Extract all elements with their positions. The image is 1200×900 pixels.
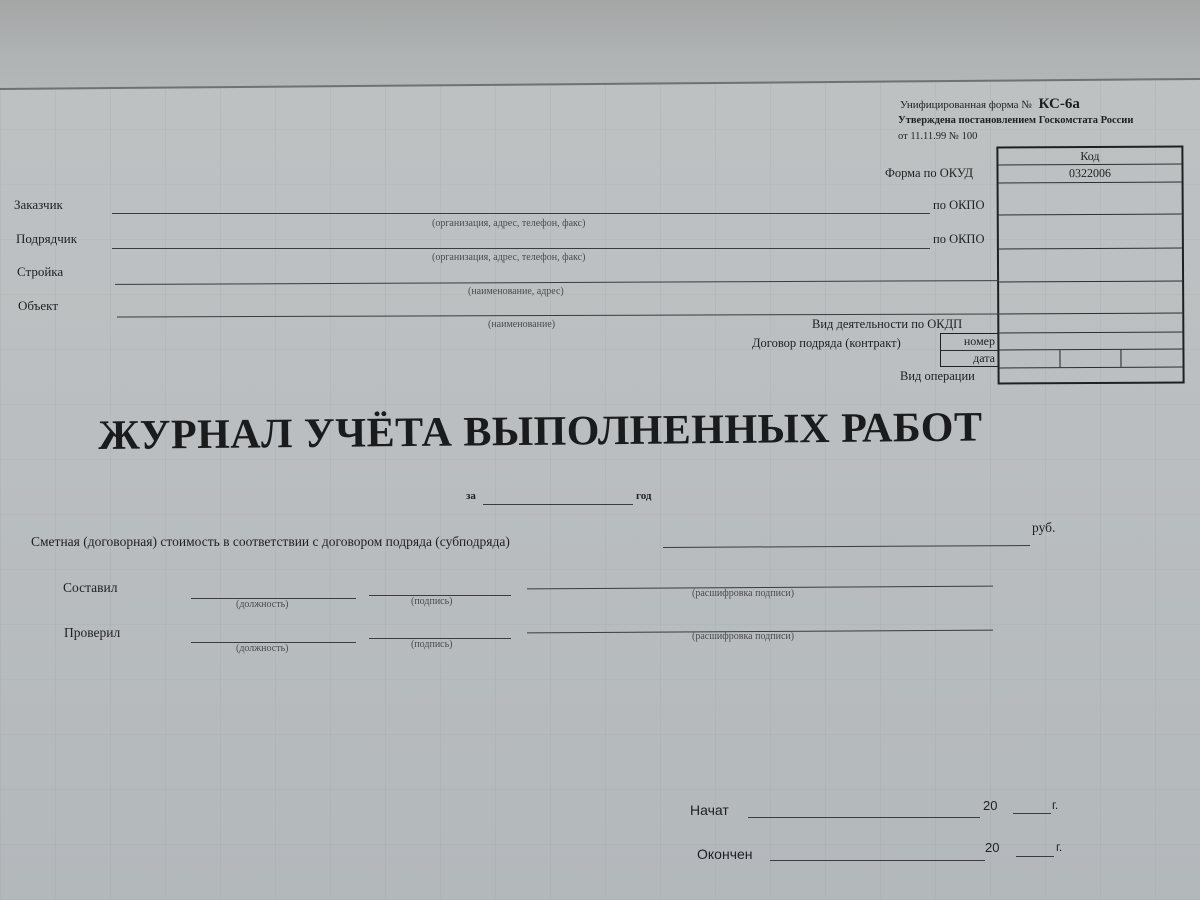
okpo-customer-cell[interactable] [999,183,1182,216]
checked-decoding-hint: (расшифровка подписи) [692,631,794,642]
date-divider [1059,350,1060,367]
year-suffix: год [636,490,651,502]
code-header: Код [998,148,1181,166]
contract-number-label: номер [964,334,995,349]
site-label: Стройка [17,264,63,280]
site-code-cell[interactable] [999,249,1182,283]
compiled-by-label: Составил [63,580,117,596]
unified-form-label: Унифицированная форма № [900,99,1032,111]
contractor-hint: (организация, адрес, телефон, факс) [432,252,585,263]
checked-position-hint: (должность) [236,643,289,654]
cost-label: Сметная (договорная) стоимость в соответ… [31,534,510,550]
checked-signature-hint: (подпись) [411,639,453,650]
object-label: Объект [18,298,58,314]
finished-date-field[interactable] [770,860,985,861]
back-sheet [0,0,1200,90]
started-century: 20 [983,798,997,813]
started-year-suffix: г. [1052,798,1058,812]
contract-date-cells[interactable] [999,350,1182,369]
started-label: Начат [690,802,729,818]
code-table: Код 0322006 [996,146,1184,385]
unified-form-line: Унифицированная форма № КС-6а [900,96,1080,113]
contractor-field[interactable] [112,248,930,249]
finished-year-suffix: г. [1056,840,1062,854]
cost-currency: руб. [1032,520,1055,536]
finished-year-field[interactable] [1016,856,1054,857]
finished-label: Окончен [697,846,753,862]
compiled-signature-hint: (подпись) [411,596,453,607]
year-field[interactable] [483,504,633,505]
customer-hint: (организация, адрес, телефон, факс) [432,218,585,229]
object-hint: (наименование) [488,319,555,330]
started-year-field[interactable] [1013,813,1051,814]
page-title: ЖУРНАЛ УЧЁТА ВЫПОЛНЕННЫХ РАБОТ [98,404,983,460]
site-hint: (наименование, адрес) [468,286,564,297]
date-divider [1120,350,1121,367]
object-code-cell[interactable] [999,282,1182,315]
year-prefix: за [466,490,476,502]
compiled-position-hint: (должность) [236,599,289,610]
okud-label: Форма по ОКУД [885,166,973,181]
contract-label: Договор подряда (контракт) [752,336,901,351]
okud-code-cell[interactable]: 0322006 [998,165,1181,184]
started-date-field[interactable] [748,817,980,818]
okpo-contractor-cell[interactable] [999,215,1182,250]
approved-date: от 11.11.99 № 100 [898,131,977,142]
contractor-label: Подрядчик [16,231,77,247]
compiled-decoding-hint: (расшифровка подписи) [692,588,794,599]
checked-by-label: Проверил [64,625,120,641]
okdp-label: Вид деятельности по ОКДП [812,317,962,332]
approved-line: Утверждена постановлением Госкомстата Ро… [898,115,1133,126]
contract-date-label: дата [973,351,995,366]
okdp-code-cell[interactable] [999,314,1182,334]
operation-code-cell[interactable] [1000,368,1183,385]
okpo-label-contractor: по ОКПО [933,232,984,247]
customer-field[interactable] [112,213,930,214]
contract-subbox: номер дата [940,333,998,367]
okpo-label-customer: по ОКПО [933,198,984,213]
customer-label: Заказчик [14,197,63,213]
operation-label: Вид операции [900,369,975,384]
finished-century: 20 [985,840,999,855]
form-code: КС-6а [1039,96,1080,112]
contract-number-cell[interactable] [999,333,1182,351]
